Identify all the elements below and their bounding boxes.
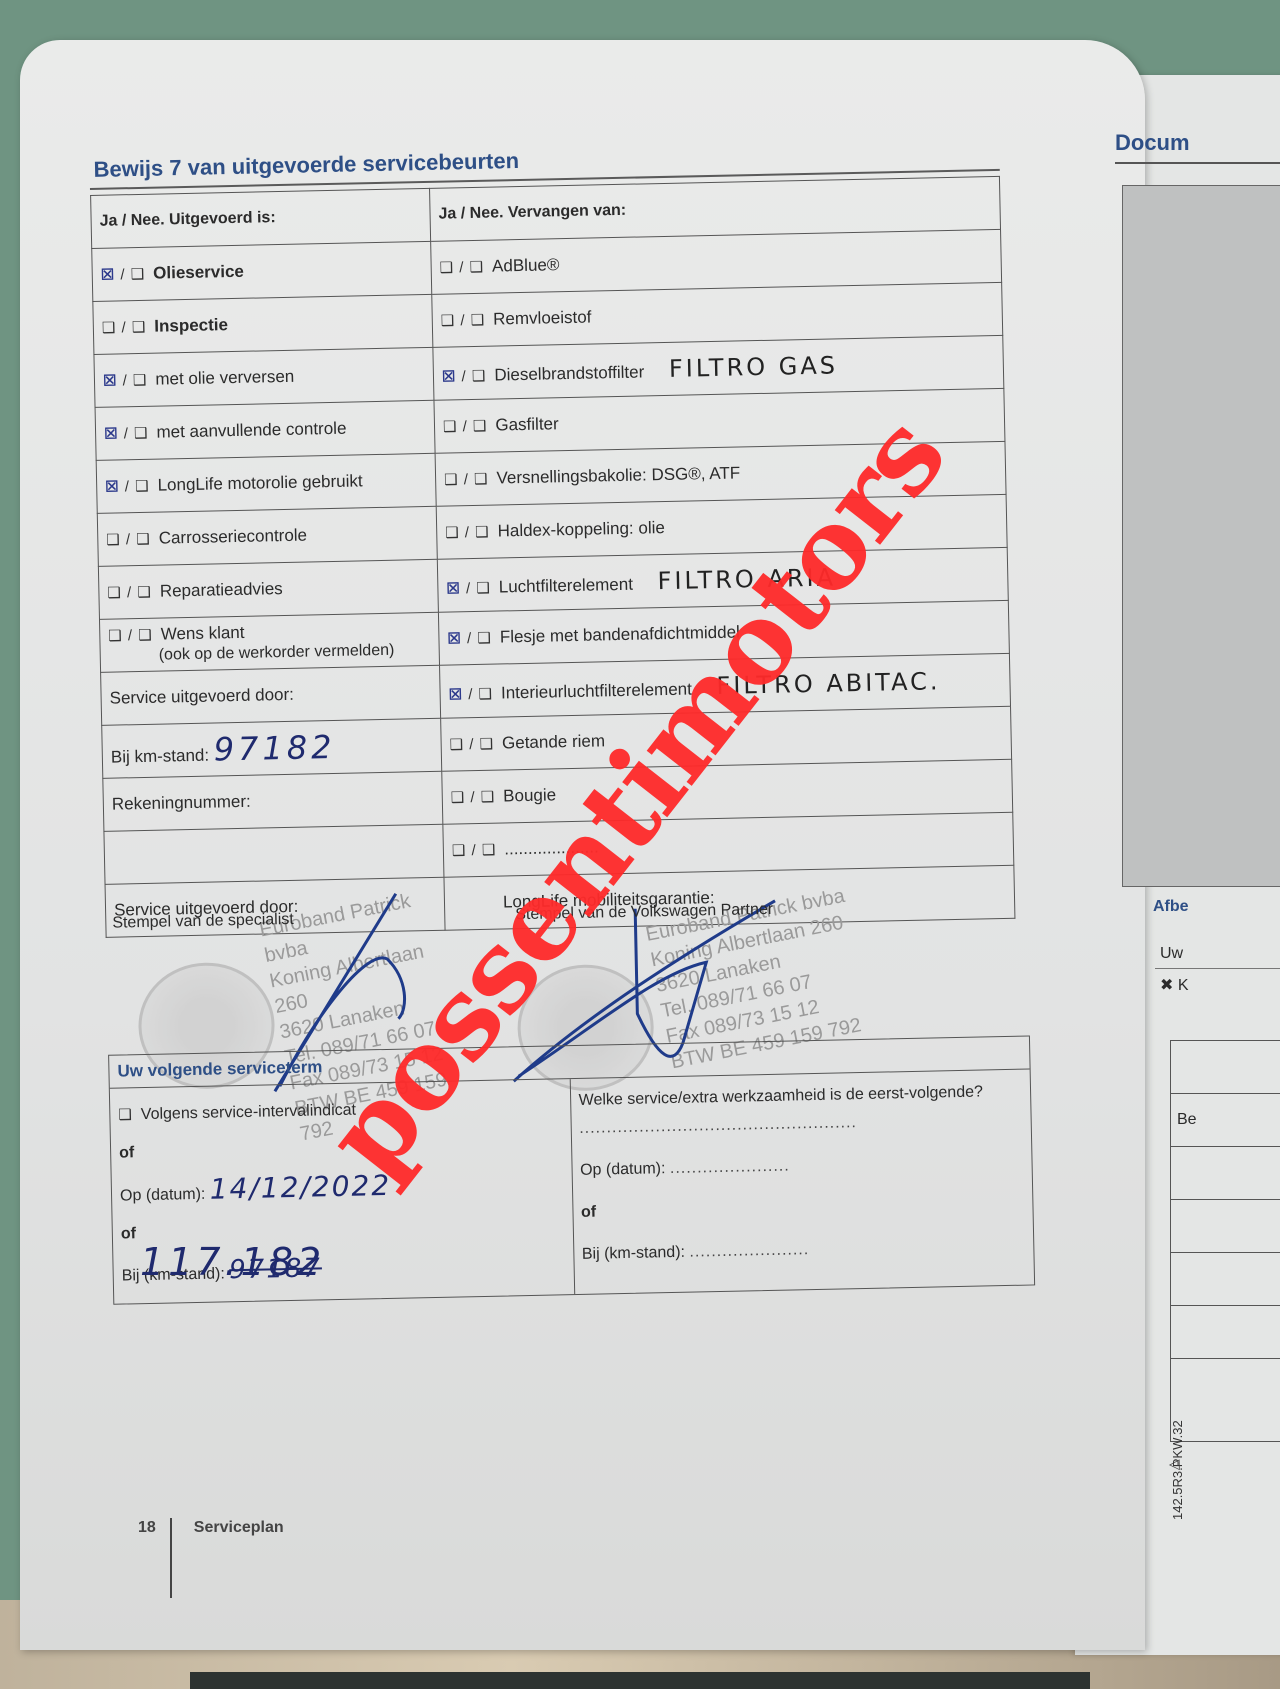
checkbox-icon: ❑ [477,630,492,647]
checkbox-icon: ❑ [138,627,153,644]
performed-item-label: LongLife motorolie gebruikt [157,471,362,494]
right-page-title: Docum [1115,130,1190,156]
yes-no-checkbox[interactable]: ☒ / ❑ [448,685,493,704]
checked-box-icon: ☒ [105,478,120,495]
right-page-table-row [1171,1306,1280,1359]
checked-box-icon: ☒ [448,686,463,703]
replaced-item-label: Remvloeistof [493,308,592,329]
checkbox-icon: ❑ [476,580,491,597]
performed-item-label: Wens klant [161,623,245,644]
right-page-table-row: Be [1171,1094,1280,1147]
footer-divider [170,1518,172,1598]
checkbox-icon: ❑ [472,368,487,385]
checked-box-icon: ☒ [101,266,116,283]
checkbox-icon: ❑ [475,524,490,541]
performed-cell: ❑ / ❑Carrosseriecontrole [97,506,437,566]
checkbox-icon[interactable]: ❑ [118,1096,133,1134]
checkbox-icon: ❑ [452,842,467,859]
triangle-marker-icon: ◁ [1169,1455,1180,1472]
page-title: Bewijs 7 van uitgevoerde servicebeurten [93,148,519,183]
performed-cell: ☒ / ❑LongLife motorolie gebruikt [96,453,436,513]
performed-cell: ❑ / ❑Inspectie [93,294,433,354]
yes-no-checkbox[interactable]: ❑ / ❑ [441,311,486,330]
km-value: 97182 [213,728,336,769]
checked-box-icon: ☒ [103,372,118,389]
handwritten-note: FILTRO GAS [669,351,839,383]
checkbox-icon: ❑ [439,259,454,276]
checkbox-icon: ❑ [471,312,486,329]
right-page-caption: Afbe [1153,898,1189,916]
yes-no-checkbox[interactable]: ❑ / ❑ [444,470,489,489]
yes-no-checkbox[interactable]: ☒ / ❑ [447,629,492,648]
next-date-row-right: Op (datum): ...................... [580,1148,1024,1185]
right-page-table-row [1171,1041,1280,1094]
checkbox-icon: ❑ [443,418,458,435]
handwritten-km-note: 117.182 [140,1240,325,1284]
yes-no-checkbox[interactable]: ❑ / ❑ [106,530,151,549]
blank-cell [104,824,444,884]
checkbox-icon: ❑ [451,789,466,806]
performed-header: Ja / Nee. Uitgevoerd is: [91,188,431,248]
checkbox-icon: ❑ [474,471,489,488]
checkbox-icon: ❑ [102,319,117,336]
checkbox-icon: ❑ [482,842,497,859]
specialist-stamp-caption: Stempel van de specialist [112,911,294,933]
yes-no-checkbox[interactable]: ❑ / ❑ [108,626,153,645]
performed-cell: Service uitgevoerd door: [101,665,441,725]
yes-no-checkbox[interactable]: ☒ / ❑ [104,424,149,443]
performed-item-label: Reparatieadvies [160,579,283,601]
performed-cell: Bij km-stand: 97182 [102,718,442,778]
performed-cell: ❑ / ❑Wens klant(ook op de werkorder verm… [99,612,439,672]
yes-no-checkbox[interactable]: ☒ / ❑ [446,579,491,598]
checkbox-icon: ❑ [449,736,464,753]
yes-no-checkbox[interactable]: ❑ / ❑ [443,417,488,436]
performed-item-label: Inspectie [154,315,228,336]
page-footer: 18 Serviceplan [138,1488,284,1568]
right-page-table-row [1171,1200,1280,1253]
checkbox-icon: ❑ [137,584,152,601]
yes-no-checkbox[interactable]: ❑ / ❑ [102,318,147,337]
checkbox-icon: ❑ [441,312,456,329]
yes-no-checkbox[interactable]: ☒ / ❑ [101,265,146,284]
book-spine-shadow [190,1672,1090,1689]
yes-no-checkbox[interactable]: ☒ / ❑ [103,371,148,390]
checkbox-icon: ❑ [136,531,151,548]
yes-no-checkbox[interactable]: ❑ / ❑ [445,523,490,542]
replaced-item-label: Gasfilter [495,414,559,434]
replaced-item-label: Haldex-koppeling: olie [497,518,665,540]
right-page-rule [1115,162,1280,164]
checkbox-icon: ❑ [132,319,147,336]
right-page-uw: Uw [1160,945,1183,963]
performed-item-sublabel: (ook op de werkorder vermelden) [159,642,395,664]
checked-box-icon: ☒ [442,368,457,385]
checkbox-icon: ❑ [107,584,122,601]
checkbox-icon: ❑ [135,478,150,495]
service-record-form: Bewijs 7 van uitgevoerde servicebeurten … [88,76,1035,1395]
replaced-item-label: Versnellingsbakolie: DSG®, ATF [496,463,740,487]
yes-no-checkbox[interactable]: ☒ / ❑ [105,477,150,496]
right-page-table-row [1171,1253,1280,1306]
yes-no-checkbox[interactable]: ❑ / ❑ [449,735,494,754]
checked-box-icon: ☒ [104,425,119,442]
or-label: of [581,1190,1025,1227]
right-page-uw-rule [1155,968,1280,969]
replaced-item-label: Dieselbrandstoffilter [494,362,644,384]
page-number: 18 [138,1519,156,1537]
service-by-label: Service uitgevoerd door: [109,685,294,708]
checkbox-icon: ❑ [469,259,484,276]
checked-box-icon: ☒ [446,580,461,597]
checkbox-icon: ❑ [445,524,460,541]
next-date-value: 14/12/2022 [209,1169,391,1206]
performed-cell: ☒ / ❑met olie verversen [94,347,434,407]
checkbox-icon: ❑ [131,266,146,283]
performed-item-label: met aanvullende controle [156,419,346,442]
account-cell: Rekeningnummer: [103,771,443,831]
performed-cell: ☒ / ❑Olieservice [92,241,432,301]
performed-cell: ❑ / ❑Reparatieadvies [98,559,438,619]
next-km-row-right: Bij (km-stand): ...................... [582,1232,1026,1269]
checkbox-icon: ❑ [134,425,149,442]
yes-no-checkbox[interactable]: ❑ / ❑ [451,788,496,807]
yes-no-checkbox[interactable]: ❑ / ❑ [452,841,497,860]
section-name: Serviceplan [194,1519,284,1537]
right-page-table-row [1171,1147,1280,1200]
replaced-item-label: AdBlue® [492,255,560,275]
checkbox-icon: ❑ [133,372,148,389]
yes-no-checkbox[interactable]: ❑ / ❑ [107,583,152,602]
checkbox-icon: ❑ [106,531,121,548]
right-page-table: Be [1170,1040,1280,1442]
km-label: Bij km-stand: [111,746,210,767]
specialist-stamp-cell: Service uitgevoerd door: Euroband Patric… [105,877,445,937]
right-page-image [1122,185,1280,887]
checkbox-icon: ❑ [444,471,459,488]
yes-no-checkbox[interactable]: ❑ / ❑ [439,258,484,277]
replaced-item-label: Luchtfilterelement [499,575,634,597]
checkbox-icon: ❑ [479,736,494,753]
yes-no-checkbox[interactable]: ☒ / ❑ [442,367,487,386]
checkbox-icon: ❑ [481,789,496,806]
checkbox-icon: ❑ [478,686,493,703]
right-page-x-item: ✖ K [1160,975,1189,995]
next-service-right: Welke service/extra werkzaamheid is de e… [569,1069,1034,1294]
performed-cell: ☒ / ❑met aanvullende controle [95,400,435,460]
checkbox-icon: ❑ [108,627,123,644]
performed-item-label: met olie verversen [155,367,294,389]
performed-item-label: Carrosseriecontrole [159,526,308,548]
checkbox-icon: ❑ [473,418,488,435]
performed-item-label: Olieservice [153,262,244,283]
checked-box-icon: ☒ [447,630,462,647]
